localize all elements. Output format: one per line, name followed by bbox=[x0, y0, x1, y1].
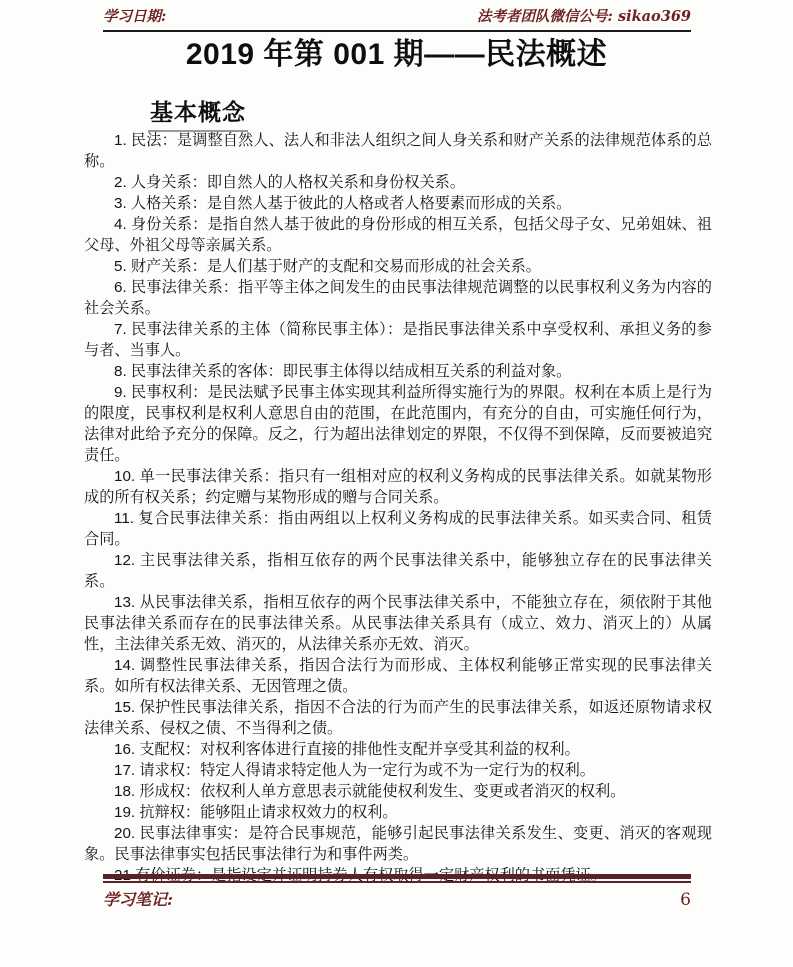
list-item: 10. 单一民事法律关系：指只有一组相对应的权利义务构成的民事法律关系。如就某物… bbox=[84, 466, 712, 508]
document-title: 2019 年第 001 期——民法概述 bbox=[0, 29, 793, 73]
list-item: 18. 形成权：依权利人单方意思表示就能使权利发生、变更或者消灭的权利。 bbox=[84, 781, 712, 802]
page-footer: 学习笔记: 6 bbox=[103, 887, 691, 910]
study-date-label: 学习日期: bbox=[103, 5, 166, 26]
definitions-list: 1. 民法：是调整自然人、法人和非法人组织之间人身关系和财产关系的法律规范体系的… bbox=[84, 130, 712, 886]
list-item: 14. 调整性民事法律关系，指因合法行为而形成、主体权利能够正常实现的民事法律关… bbox=[84, 655, 712, 697]
list-item: 16. 支配权：对权利客体进行直接的排他性支配并享受其利益的权利。 bbox=[84, 739, 712, 760]
list-item: 13. 从民事法律关系，指相互依存的两个民事法律关系中，不能独立存在，须依附于其… bbox=[84, 592, 712, 655]
list-item: 8. 民事法律关系的客体：即民事主体得以结成相互关系的利益对象。 bbox=[84, 361, 712, 382]
list-item: 7. 民事法律关系的主体（简称民事主体）：是指民事法律关系中享受权利、承担义务的… bbox=[84, 319, 712, 361]
list-item: 12. 主民事法律关系，指相互依存的两个民事法律关系中，能够独立存在的民事法律关… bbox=[84, 550, 712, 592]
page-header: 学习日期: 法考者团队微信公号: sikao369 bbox=[103, 5, 691, 32]
list-item: 6. 民事法律关系：指平等主体之间发生的由民事法律规范调整的以民事权利义务为内容… bbox=[84, 277, 712, 319]
page-number: 6 bbox=[680, 890, 691, 910]
list-item: 1. 民法：是调整自然人、法人和非法人组织之间人身关系和财产关系的法律规范体系的… bbox=[84, 130, 712, 172]
wechat-account-label: 法考者团队微信公号: sikao369 bbox=[477, 5, 691, 26]
study-notes-label: 学习笔记: bbox=[103, 887, 173, 910]
list-item: 3. 人格关系：是自然人基于彼此的人格或者人格要素而形成的关系。 bbox=[84, 193, 712, 214]
list-item: 5. 财产关系：是人们基于财产的支配和交易而形成的社会关系。 bbox=[84, 256, 712, 277]
list-item: 9. 民事权利：是民法赋予民事主体实现其利益所得实施行为的界限。权利在本质上是行… bbox=[84, 382, 712, 466]
list-item: 19. 抗辩权：能够阻止请求权效力的权利。 bbox=[84, 802, 712, 823]
list-item: 11. 复合民事法律关系：指由两组以上权利义务构成的民事法律关系。如买卖合同、租… bbox=[84, 508, 712, 550]
list-item: 15. 保护性民事法律关系，指因不合法的行为而产生的民事法律关系，如返还原物请求… bbox=[84, 697, 712, 739]
list-item: 17. 请求权：特定人得请求特定他人为一定行为或不为一定行为的权利。 bbox=[84, 760, 712, 781]
list-item: 2. 人身关系：即自然人的人格权关系和身份权关系。 bbox=[84, 172, 712, 193]
list-item: 20. 民事法律事实：是符合民事规范，能够引起民事法律关系发生、变更、消灭的客观… bbox=[84, 823, 712, 865]
section-heading: 基本概念 bbox=[148, 94, 248, 132]
document-page: 学习日期: 法考者团队微信公号: sikao369 2019 年第 001 期—… bbox=[0, 0, 793, 967]
footer-divider bbox=[103, 874, 691, 883]
list-item: 4. 身份关系：是指自然人基于彼此的身份形成的相互关系，包括父母子女、兄弟姐妹、… bbox=[84, 214, 712, 256]
